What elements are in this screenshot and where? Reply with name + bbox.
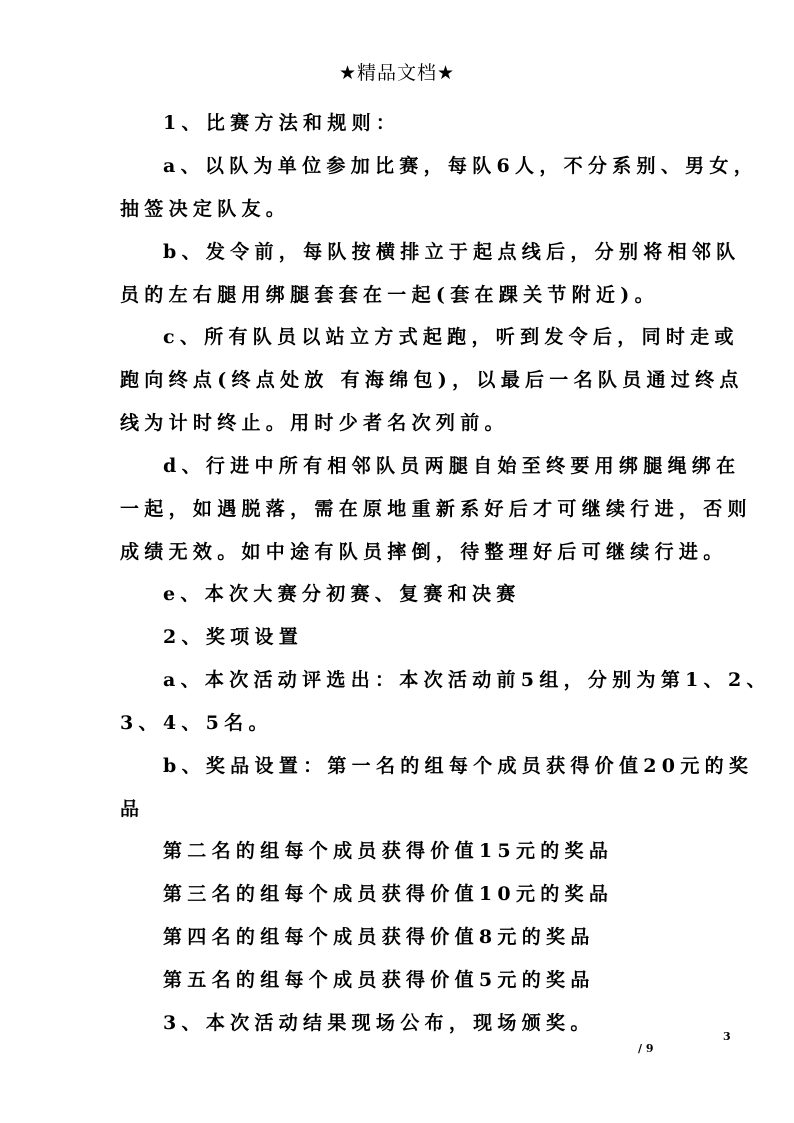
document-header-title: ★精品文档★ — [0, 58, 794, 85]
paragraph-line: b、奖品设置：第一名的组每个成员获得价值20元的奖 — [163, 751, 753, 778]
prize-line-second: 第二名的组每个成员获得价值15元的奖品 — [163, 836, 613, 863]
paragraph-line: a、以队为单位参加比赛，每队6人，不分系别、男女， — [163, 151, 758, 178]
prize-line-third: 第三名的组每个成员获得价值10元的奖品 — [163, 879, 613, 906]
heading-awards: 2、奖项设置 — [163, 622, 303, 649]
paragraph-line: e、本次大赛分初赛、复赛和决赛 — [163, 579, 521, 606]
paragraph-line: 一起，如遇脱落，需在原地重新系好后才可继续行进，否则 — [120, 494, 752, 521]
paragraph-line: a、本次活动评选出：本次活动前5组，分别为第1、2、 — [163, 665, 771, 692]
paragraph-line: b、发令前，每队按横排立于起点线后，分别将相邻队 — [163, 237, 741, 264]
heading-results: 3、本次活动结果现场公布，现场颁奖。 — [163, 1008, 595, 1035]
paragraph-line: 抽签决定队友。 — [120, 194, 290, 221]
paragraph-line: 跑向终点(终点处放 有海绵包)，以最后一名队员通过终点 — [120, 365, 744, 392]
paragraph-line: 线为计时终止。用时少者名次列前。 — [120, 408, 509, 435]
prize-line-fifth: 第五名的组每个成员获得价值5元的奖品 — [163, 965, 595, 992]
prize-line-fourth: 第四名的组每个成员获得价值8元的奖品 — [163, 922, 595, 949]
heading-rules: 1、比赛方法和规则： — [163, 108, 400, 135]
paragraph-line: 员的左右腿用绑腿套套在一起(套在踝关节附近)。 — [120, 280, 659, 307]
paragraph-line: 品 — [120, 794, 144, 821]
paragraph-line: c、所有队员以站立方式起跑，听到发令后，同时走或 — [163, 322, 739, 349]
paragraph-line: d、行进中所有相邻队员两腿自始至终要用绑腿绳绑在 — [163, 451, 741, 478]
page-total: / 9 — [638, 1042, 654, 1055]
paragraph-line: 成绩无效。如中途有队员摔倒，待整理好后可继续行进。 — [120, 537, 728, 564]
paragraph-line: 3、4、5名。 — [120, 708, 273, 735]
page-number: 3 — [723, 1030, 731, 1043]
